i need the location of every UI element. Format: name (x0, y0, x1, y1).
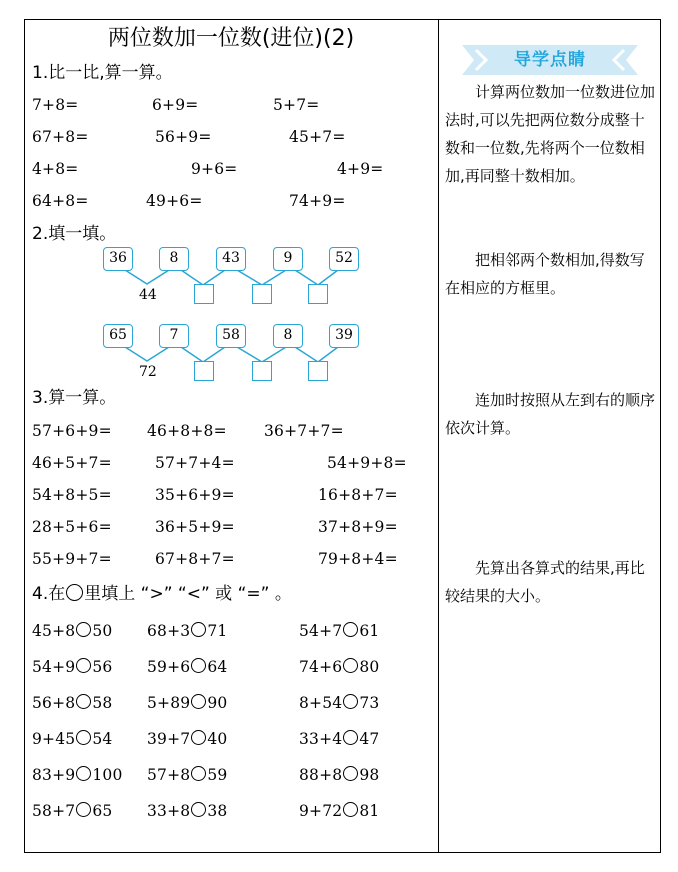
right-value: 98 (359, 766, 379, 784)
compare-circle[interactable] (191, 802, 206, 817)
left-expression: 68+3 (147, 622, 190, 640)
left-expression: 57+8 (147, 766, 190, 784)
comparison: 33+447 (299, 729, 380, 749)
equation: 54+9+8= (327, 453, 407, 473)
equation: 55+9+7= (32, 549, 112, 569)
left-expression: 8+54 (299, 694, 342, 712)
comparison: 54+761 (299, 621, 380, 641)
right-value: 47 (359, 730, 379, 748)
number-box: 8 (159, 247, 189, 271)
tip-section3: 连加时按照从左到右的顺序依次计算。 (445, 386, 657, 442)
compare-circle[interactable] (76, 766, 91, 781)
left-expression: 5+89 (147, 694, 190, 712)
right-value: 40 (207, 730, 227, 748)
right-value: 38 (207, 802, 227, 820)
compare-circle[interactable] (343, 694, 358, 709)
equation: 79+8+4= (318, 549, 398, 569)
compare-circle[interactable] (76, 802, 91, 817)
number-box: 58 (216, 324, 246, 348)
compare-circle[interactable] (191, 730, 206, 745)
number-box: 36 (103, 247, 133, 271)
left-expression: 39+7 (147, 730, 190, 748)
compare-circle[interactable] (343, 658, 358, 673)
equation: 16+8+7= (318, 485, 398, 505)
comparison: 56+858 (32, 693, 113, 713)
section4-heading-prefix: 4.在 (32, 584, 65, 604)
compare-circle[interactable] (343, 730, 358, 745)
left-expression: 88+8 (299, 766, 342, 784)
comparison: 9+7281 (299, 801, 380, 821)
comparison: 57+859 (147, 765, 228, 785)
circle-icon (66, 584, 83, 601)
section4-heading: 4.在里填上 “>” “<” 或 “=” 。 (32, 583, 292, 605)
equation: 67+8+7= (155, 549, 235, 569)
right-value: 54 (92, 730, 112, 748)
equation: 35+6+9= (155, 485, 235, 505)
tip-section2: 把相邻两个数相加,得数写在相应的方框里。 (445, 246, 657, 302)
banner-title: 导学点睛 (462, 45, 638, 75)
equation: 36+7+7= (264, 421, 344, 441)
right-value: 81 (359, 802, 379, 820)
comparison: 9+4554 (32, 729, 113, 749)
comparison: 68+371 (147, 621, 228, 641)
comparison: 83+9100 (32, 765, 123, 785)
left-expression: 9+72 (299, 802, 342, 820)
equation: 46+8+8= (147, 421, 227, 441)
right-value: 80 (359, 658, 379, 676)
left-expression: 58+7 (32, 802, 75, 820)
comparison: 59+664 (147, 657, 228, 677)
right-value: 59 (207, 766, 227, 784)
equation: 37+8+9= (318, 517, 398, 537)
tip-section4: 先算出各算式的结果,再比较结果的大小。 (445, 554, 657, 610)
left-expression: 74+6 (299, 658, 342, 676)
compare-circle[interactable] (76, 694, 91, 709)
comparison: 54+956 (32, 657, 113, 677)
section4-heading-suffix: 里填上 “>” “<” 或 “=” 。 (84, 584, 292, 604)
compare-circle[interactable] (191, 694, 206, 709)
right-value: 58 (92, 694, 112, 712)
compare-circle[interactable] (76, 622, 91, 637)
tip-section1: 计算两位数加一位数进位加法时,可以先把两位数分成整十数和一位数,先将两个一位数相… (445, 78, 657, 190)
number-box: 43 (216, 247, 246, 271)
equation: 36+5+9= (155, 517, 235, 537)
number-box: 8 (273, 324, 303, 348)
right-value: 71 (207, 622, 227, 640)
compare-circle[interactable] (343, 802, 358, 817)
answer-example: 72 (139, 364, 157, 380)
number-box: 9 (273, 247, 303, 271)
number-box: 65 (103, 324, 133, 348)
left-expression: 9+45 (32, 730, 75, 748)
comparison: 8+5473 (299, 693, 380, 713)
left-expression: 54+9 (32, 658, 75, 676)
left-expression: 33+8 (147, 802, 190, 820)
number-box: 7 (159, 324, 189, 348)
right-value: 61 (359, 622, 379, 640)
compare-circle[interactable] (191, 766, 206, 781)
right-value: 56 (92, 658, 112, 676)
compare-circle[interactable] (191, 658, 206, 673)
right-value: 73 (359, 694, 379, 712)
compare-circle[interactable] (343, 622, 358, 637)
comparison: 88+898 (299, 765, 380, 785)
comparison: 33+838 (147, 801, 228, 821)
compare-circle[interactable] (76, 658, 91, 673)
guide-banner: 导学点睛 (462, 45, 638, 75)
number-box: 39 (329, 324, 359, 348)
answer-box[interactable] (252, 361, 272, 381)
equation: 28+5+6= (32, 517, 112, 537)
answer-box[interactable] (252, 284, 272, 304)
comparison: 45+850 (32, 621, 113, 641)
left-expression: 45+8 (32, 622, 75, 640)
right-value: 90 (207, 694, 227, 712)
left-expression: 56+8 (32, 694, 75, 712)
compare-circle[interactable] (76, 730, 91, 745)
equation: 57+6+9= (32, 421, 112, 441)
left-expression: 83+9 (32, 766, 75, 784)
left-expression: 59+6 (147, 658, 190, 676)
answer-box[interactable] (194, 361, 214, 381)
comparison: 5+8990 (147, 693, 228, 713)
answer-box[interactable] (194, 284, 214, 304)
right-value: 64 (207, 658, 227, 676)
left-expression: 54+7 (299, 622, 342, 640)
equation: 57+7+4= (155, 453, 235, 473)
compare-circle[interactable] (191, 622, 206, 637)
answer-box[interactable] (308, 284, 328, 304)
number-box: 52 (329, 247, 359, 271)
comparison: 58+765 (32, 801, 113, 821)
right-value: 65 (92, 802, 112, 820)
answer-example: 44 (139, 287, 157, 303)
comparison: 74+680 (299, 657, 380, 677)
equation: 46+5+7= (32, 453, 112, 473)
section3-heading: 3.算一算。 (32, 387, 116, 409)
left-expression: 33+4 (299, 730, 342, 748)
compare-circle[interactable] (343, 766, 358, 781)
equation: 54+8+5= (32, 485, 112, 505)
comparison: 39+740 (147, 729, 228, 749)
right-value: 50 (92, 622, 112, 640)
right-value: 100 (92, 766, 122, 784)
answer-box[interactable] (308, 361, 328, 381)
